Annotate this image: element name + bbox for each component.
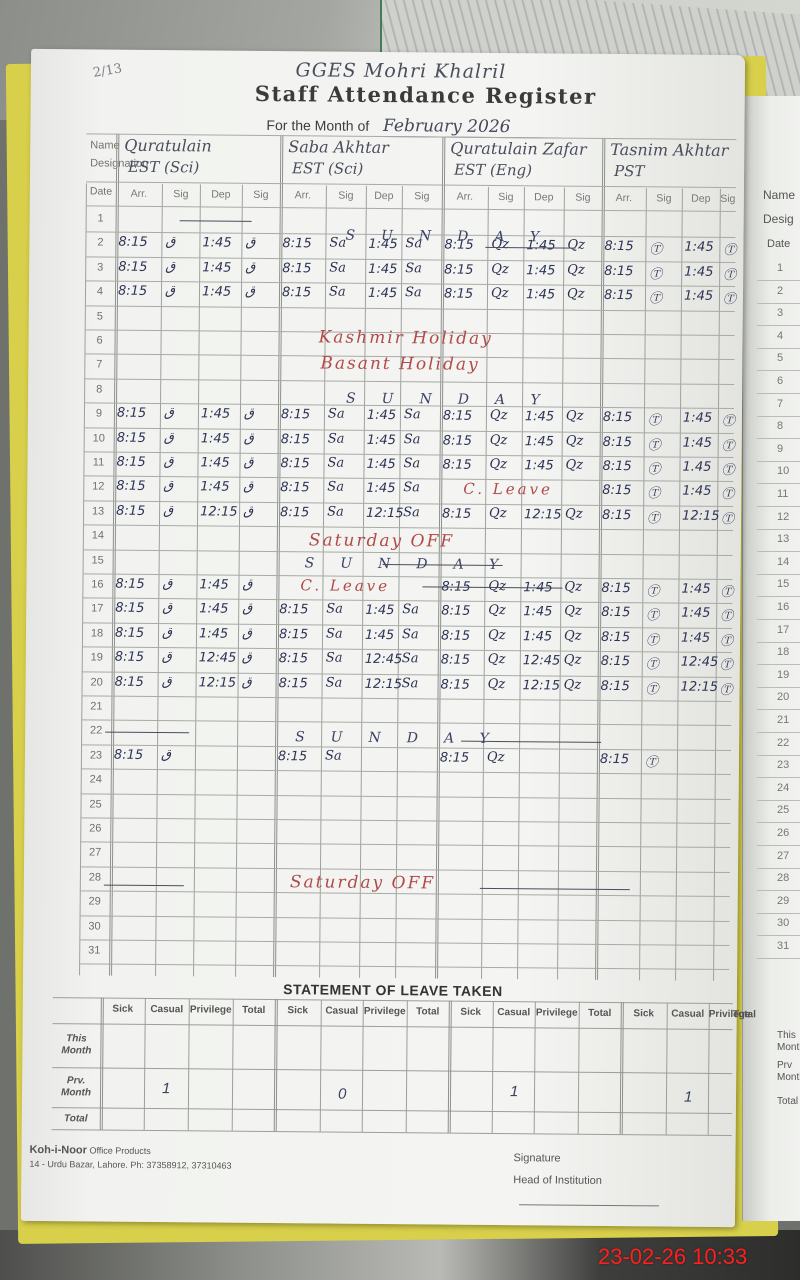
publisher-suffix: Office Products bbox=[89, 1145, 150, 1156]
departure-time: 12:15 bbox=[199, 675, 237, 690]
leave-column-total: Total bbox=[233, 1005, 275, 1016]
saturday-off-note: Saturday OFF bbox=[290, 872, 435, 893]
arrival-time: 8:15 bbox=[601, 678, 630, 693]
departure-time: 12:15 bbox=[681, 679, 719, 694]
right-page-date-number: 16 bbox=[777, 601, 789, 613]
arrival-time: 8:15 bbox=[601, 630, 630, 645]
date-number: 2 bbox=[85, 237, 115, 249]
arrival-signature: Sa bbox=[326, 651, 343, 666]
leave-column-sick: Sick bbox=[275, 1005, 321, 1016]
departure-time: 1:45 bbox=[365, 628, 394, 643]
right-page-row-line bbox=[757, 280, 800, 281]
arrival-time: 8:15 bbox=[441, 653, 470, 668]
date-number: 6 bbox=[85, 334, 115, 346]
departure-time: 1:45 bbox=[523, 629, 552, 644]
arrival-signature: Qz bbox=[489, 457, 507, 472]
departure-signature: ق bbox=[242, 650, 252, 665]
right-page-row-line bbox=[757, 348, 800, 349]
leave-row-total: Total bbox=[52, 1113, 100, 1125]
arrival-signature: Sa bbox=[325, 748, 342, 763]
arrival-signature: Qz bbox=[488, 652, 506, 667]
leave-column-casual: Casual bbox=[145, 1004, 189, 1015]
right-page-date-number: 31 bbox=[777, 940, 789, 952]
arrival-signature: Sa bbox=[326, 626, 343, 641]
departure-signature: Qz bbox=[564, 628, 582, 643]
departure-time: 1:45 bbox=[366, 457, 395, 472]
right-page-date-number: 22 bbox=[777, 737, 789, 749]
departure-signature: Sa bbox=[405, 261, 422, 276]
right-page-row-line bbox=[757, 461, 800, 462]
departure-time: 12:15 bbox=[200, 504, 238, 519]
departure-time: 1:45 bbox=[199, 577, 228, 592]
leave-column-line bbox=[188, 998, 190, 1130]
departure-time: 12:45 bbox=[365, 652, 403, 667]
right-page-date-number: 5 bbox=[777, 352, 783, 364]
departure-signature: Ⓣ bbox=[720, 654, 733, 673]
right-page-date-number: 15 bbox=[777, 578, 789, 590]
departure-time: 1:45 bbox=[200, 480, 229, 495]
arrival-time: 8:15 bbox=[280, 456, 309, 471]
right-page-date-number: 3 bbox=[777, 307, 783, 319]
arrival-time: 8:15 bbox=[118, 235, 147, 250]
right-page-row-line bbox=[757, 325, 800, 326]
arrival-signature: ق bbox=[161, 747, 171, 762]
blank-dash-mark bbox=[104, 884, 184, 886]
grid-row-line bbox=[84, 378, 734, 385]
arrival-signature: ق bbox=[165, 234, 175, 249]
departure-time: 1:45 bbox=[200, 455, 229, 470]
photo-timestamp: 23-02-26 10:33 bbox=[598, 1244, 747, 1270]
departure-time: 1:45 bbox=[201, 431, 230, 446]
departure-signature: Sa bbox=[404, 407, 421, 422]
right-page-date-number: 26 bbox=[777, 827, 789, 839]
departure-signature: ق bbox=[244, 406, 254, 421]
column-header-sig: Sig bbox=[326, 189, 366, 201]
arrival-signature: Qz bbox=[488, 677, 506, 692]
departure-time: 12:45 bbox=[199, 651, 237, 666]
arrival-time: 8:15 bbox=[116, 455, 145, 470]
leave-column-casual: Casual bbox=[667, 1008, 709, 1019]
departure-time: 1:45 bbox=[368, 286, 397, 301]
column-header-sig: Sig bbox=[402, 190, 442, 202]
arrival-time: 8:15 bbox=[443, 433, 472, 448]
grid-row-line bbox=[80, 866, 730, 873]
arrival-signature: Sa bbox=[327, 456, 344, 471]
column-header-sig: Sig bbox=[488, 191, 524, 203]
departure-time: 1:45 bbox=[202, 236, 231, 251]
arrival-time: 8:15 bbox=[114, 747, 143, 762]
right-page-row-line bbox=[757, 642, 800, 643]
right-page-row-line bbox=[757, 777, 800, 778]
arrival-signature: ق bbox=[165, 259, 175, 274]
departure-signature: Ⓣ bbox=[720, 630, 733, 649]
leave-column-line bbox=[492, 1001, 494, 1133]
departure-time: 1:45 bbox=[681, 630, 710, 645]
arrival-signature: ق bbox=[164, 405, 174, 420]
departure-signature: Qz bbox=[565, 458, 583, 473]
arrival-time: 8:15 bbox=[282, 236, 311, 251]
arrival-signature: Sa bbox=[329, 236, 346, 251]
grid-row-line bbox=[81, 695, 731, 702]
right-page-row-line bbox=[757, 619, 800, 620]
departure-signature: Ⓣ bbox=[721, 483, 734, 502]
arrival-time: 8:15 bbox=[441, 677, 470, 692]
leave-column-privilege: Privilege bbox=[535, 1007, 579, 1018]
date-number: 18 bbox=[82, 627, 112, 639]
departure-signature: ق bbox=[242, 626, 252, 641]
leave-column-privilege: Privilege bbox=[709, 1009, 733, 1020]
departure-signature: Sa bbox=[403, 481, 420, 496]
grid-row-line bbox=[81, 720, 731, 727]
right-page-row-line bbox=[757, 574, 800, 575]
column-header-dep: Dep bbox=[366, 190, 402, 202]
arrival-signature: Ⓣ bbox=[646, 629, 659, 648]
sunday-note: SUNDAY bbox=[345, 228, 565, 246]
departure-time: 1:45 bbox=[525, 434, 554, 449]
column-header-sig: Sig bbox=[646, 192, 682, 204]
grid-header-line bbox=[86, 205, 736, 212]
right-page-date-number: 19 bbox=[777, 669, 789, 681]
right-page-date-number: 21 bbox=[777, 714, 789, 726]
head-of-institution-label: Head of Institution bbox=[513, 1174, 602, 1187]
arrival-time: 8:15 bbox=[279, 676, 308, 691]
grid-row-line bbox=[79, 964, 729, 971]
date-number: 31 bbox=[79, 944, 109, 956]
departure-signature: Qz bbox=[566, 409, 584, 424]
departure-time: 1:45 bbox=[684, 240, 713, 255]
right-page-row-line bbox=[757, 438, 800, 439]
departure-signature: Ⓣ bbox=[721, 459, 734, 478]
date-number: 1 bbox=[86, 212, 116, 224]
departure-signature: Ⓣ bbox=[722, 410, 735, 429]
leave-column-sick: Sick bbox=[621, 1008, 667, 1019]
arrival-signature: Sa bbox=[327, 504, 344, 519]
right-page-total: Total bbox=[777, 1096, 798, 1107]
arrival-time: 8:15 bbox=[601, 654, 630, 669]
departure-signature: Qz bbox=[564, 580, 582, 595]
saturday-off-note: Saturday OFF bbox=[309, 531, 454, 552]
arrival-time: 8:15 bbox=[281, 407, 310, 422]
arrival-signature: Ⓣ bbox=[647, 483, 660, 502]
next-page-edge: Name Desig Date 123456789101112131415161… bbox=[742, 96, 800, 1221]
date-number: 19 bbox=[82, 652, 112, 664]
register-page: 2/13 GGES Mohri Khalril Staff Attendance… bbox=[21, 49, 745, 1227]
departure-time: 1:45 bbox=[202, 260, 231, 275]
departure-time: 1:45 bbox=[367, 408, 396, 423]
arrival-signature: Ⓣ bbox=[646, 653, 659, 672]
date-number: 14 bbox=[83, 530, 113, 542]
right-page-row-line bbox=[757, 596, 800, 597]
date-number: 25 bbox=[80, 798, 110, 810]
leave-column-line bbox=[274, 999, 278, 1131]
column-header-sig: Sig bbox=[162, 188, 200, 200]
prv-month-casual-value: 0 bbox=[338, 1086, 346, 1103]
arrival-time: 8:15 bbox=[278, 749, 307, 764]
date-number: 24 bbox=[81, 774, 111, 786]
right-page-row-line bbox=[757, 529, 800, 530]
right-page-date-number: 20 bbox=[777, 691, 789, 703]
blank-dash-mark bbox=[480, 888, 630, 890]
departure-signature: Sa bbox=[405, 285, 422, 300]
departure-time: 1:45 bbox=[526, 287, 555, 302]
leave-column-line bbox=[448, 1001, 452, 1133]
departure-time: 1:45 bbox=[366, 481, 395, 496]
date-number: 22 bbox=[81, 725, 111, 737]
arrival-time: 8:15 bbox=[115, 577, 144, 592]
date-number: 3 bbox=[85, 261, 115, 273]
grid-row-line bbox=[85, 305, 735, 312]
arrival-time: 8:15 bbox=[602, 508, 631, 523]
date-column-header: Date bbox=[90, 185, 112, 197]
right-page-row-line bbox=[757, 868, 800, 869]
departure-signature: ق bbox=[243, 455, 253, 470]
arrival-time: 8:15 bbox=[279, 651, 308, 666]
right-page-date-number: 25 bbox=[777, 804, 789, 816]
departure-time: 1.45 bbox=[682, 460, 711, 475]
arrival-signature: Qz bbox=[491, 262, 509, 277]
departure-signature: Qz bbox=[567, 262, 585, 277]
departure-signature: Sa bbox=[402, 676, 419, 691]
month-label: For the Month of bbox=[266, 117, 369, 134]
page-corner-mark: 2/13 bbox=[92, 61, 123, 81]
departure-time: 1:45 bbox=[682, 484, 711, 499]
arrival-time: 8:15 bbox=[115, 601, 144, 616]
right-page-row-line bbox=[757, 303, 800, 304]
leave-column-line bbox=[100, 998, 104, 1130]
arrival-signature: Sa bbox=[326, 602, 343, 617]
arrival-signature: ق bbox=[162, 625, 172, 640]
departure-time: 12:15 bbox=[366, 506, 404, 521]
staff-designation: EST (Sci) bbox=[128, 158, 199, 177]
departure-signature: Ⓣ bbox=[723, 239, 736, 258]
staff-name: Tasnim Akhtar bbox=[610, 140, 728, 160]
departure-signature: ق bbox=[245, 284, 255, 299]
arrival-time: 8:15 bbox=[604, 264, 633, 279]
column-header-sig: Sig bbox=[242, 189, 280, 201]
departure-time: 1:45 bbox=[681, 606, 710, 621]
arrival-time: 8:15 bbox=[115, 650, 144, 665]
right-page-date-number: 1 bbox=[777, 262, 783, 274]
arrival-signature: Ⓣ bbox=[649, 287, 662, 306]
school-name: GGES Mohri Khalril bbox=[271, 59, 531, 83]
right-page-date-number: 13 bbox=[777, 533, 789, 545]
arrival-time: 8:15 bbox=[116, 479, 145, 494]
departure-signature: Qz bbox=[564, 604, 582, 619]
departure-time: 1:45 bbox=[684, 264, 713, 279]
leave-column-total: Total bbox=[733, 1009, 756, 1020]
arrival-time: 8:15 bbox=[117, 430, 146, 445]
departure-signature: Sa bbox=[403, 456, 420, 471]
departure-signature: Qz bbox=[564, 653, 582, 668]
grid-row-line bbox=[81, 793, 731, 800]
grid-row-line bbox=[79, 939, 729, 946]
staff-designation: EST (Sci) bbox=[292, 159, 363, 178]
leave-column-line bbox=[666, 1002, 668, 1134]
arrival-signature: ق bbox=[163, 478, 173, 493]
departure-signature: Ⓣ bbox=[720, 605, 733, 624]
date-number: 4 bbox=[85, 286, 115, 298]
arrival-time: 8:15 bbox=[115, 625, 144, 640]
departure-signature: ق bbox=[243, 504, 253, 519]
right-page-row-line bbox=[757, 958, 800, 959]
arrival-signature: Sa bbox=[329, 260, 346, 275]
right-page-date-number: 8 bbox=[777, 420, 783, 432]
right-page-row-line bbox=[757, 913, 800, 914]
arrival-signature: Qz bbox=[489, 506, 507, 521]
arrival-signature: Ⓣ bbox=[648, 434, 661, 453]
departure-signature: ق bbox=[242, 601, 252, 616]
departure-time: 1:45 bbox=[365, 603, 394, 618]
departure-signature: Sa bbox=[402, 627, 419, 642]
date-number: 5 bbox=[85, 310, 115, 322]
prv-month-casual-value: 1 bbox=[684, 1089, 692, 1106]
right-page-row-line bbox=[757, 755, 800, 756]
leave-column-total: Total bbox=[579, 1008, 621, 1019]
date-number: 30 bbox=[79, 920, 109, 932]
casual-leave-note: C. Leave bbox=[300, 576, 390, 595]
departure-time: 12:15 bbox=[523, 678, 561, 693]
departure-time: 12:15 bbox=[365, 676, 403, 691]
arrival-signature: ق bbox=[162, 600, 172, 615]
arrival-signature: Qz bbox=[490, 408, 508, 423]
staff-name: Quratulain Zafar bbox=[450, 139, 586, 159]
sunday-note: SUNDAY bbox=[346, 390, 566, 408]
blank-dash-mark bbox=[105, 732, 189, 734]
arrival-time: 8:15 bbox=[444, 287, 473, 302]
casual-leave-note: C. Leave bbox=[463, 480, 553, 499]
grid-row-line bbox=[80, 817, 730, 824]
right-page-date-number: 6 bbox=[777, 375, 783, 387]
prv-month-casual-value: 1 bbox=[510, 1083, 518, 1100]
arrival-time: 8:15 bbox=[279, 602, 308, 617]
prv-month-casual-value: 1 bbox=[162, 1080, 170, 1097]
right-page-date-number: 4 bbox=[777, 330, 783, 342]
signature-line bbox=[519, 1204, 659, 1206]
right-page-row-line bbox=[757, 664, 800, 665]
departure-time: 1:45 bbox=[199, 626, 228, 641]
arrival-signature: Ⓣ bbox=[645, 678, 658, 697]
departure-signature: Qz bbox=[567, 238, 585, 253]
staff-name: Saba Akhtar bbox=[288, 137, 389, 157]
arrival-time: 8:15 bbox=[117, 406, 146, 421]
arrival-signature: ق bbox=[162, 674, 172, 689]
right-page-date-number: 30 bbox=[777, 917, 789, 929]
departure-signature: ق bbox=[244, 430, 254, 445]
right-page-date-number: 23 bbox=[777, 759, 789, 771]
departure-time: 1:45 bbox=[681, 582, 710, 597]
right-page-row-line bbox=[757, 551, 800, 552]
right-page-row-line bbox=[757, 370, 800, 371]
arrival-signature: ق bbox=[163, 503, 173, 518]
leave-column-line bbox=[578, 1002, 580, 1134]
leave-column-total: Total bbox=[407, 1006, 449, 1017]
arrival-signature: ق bbox=[164, 430, 174, 445]
departure-time: 1:45 bbox=[525, 409, 554, 424]
arrival-time: 8:15 bbox=[602, 459, 631, 474]
arrival-signature: Ⓣ bbox=[646, 605, 659, 624]
date-number: 20 bbox=[82, 676, 112, 688]
departure-signature: ق bbox=[245, 235, 255, 250]
register-title: Staff Attendance Register bbox=[241, 81, 611, 109]
right-page-date-number: 29 bbox=[777, 895, 789, 907]
arrival-time: 8:15 bbox=[603, 410, 632, 425]
right-page-row-line bbox=[757, 506, 800, 507]
date-number: 26 bbox=[80, 822, 110, 834]
right-page-date-number: 10 bbox=[777, 465, 789, 477]
departure-signature: Qz bbox=[564, 677, 582, 692]
right-page-row-line bbox=[757, 416, 800, 417]
right-page-name-label: Name bbox=[763, 188, 795, 202]
arrival-signature: Qz bbox=[487, 750, 505, 765]
grid-column-line bbox=[395, 186, 403, 978]
publisher-address: 14 - Urdu Bazar, Lahore. Ph: 37358912, 3… bbox=[29, 1159, 231, 1171]
arrival-time: 8:15 bbox=[600, 752, 629, 767]
leave-column-privilege: Privilege bbox=[363, 1006, 407, 1017]
publisher-info: Koh-i-Noor Office Products 14 - Urdu Baz… bbox=[29, 1143, 231, 1173]
departure-signature: Ⓣ bbox=[723, 264, 736, 283]
basant-note: Basant Holiday bbox=[320, 354, 479, 375]
arrival-signature: Sa bbox=[326, 675, 343, 690]
leave-column-casual: Casual bbox=[493, 1007, 535, 1018]
arrival-signature: Ⓣ bbox=[649, 239, 662, 258]
arrival-time: 8:15 bbox=[604, 239, 633, 254]
leave-column-line bbox=[144, 998, 146, 1130]
date-number: 13 bbox=[83, 505, 113, 517]
departure-time: 1:45 bbox=[526, 263, 555, 278]
grid-row-line bbox=[80, 915, 730, 922]
date-number: 15 bbox=[83, 554, 113, 566]
column-header-sig: Sig bbox=[564, 192, 602, 204]
month-value: February 2026 bbox=[383, 116, 561, 139]
date-number: 16 bbox=[82, 578, 112, 590]
column-header-dep: Dep bbox=[524, 191, 564, 203]
leave-row-prv-month: Prv. Month bbox=[52, 1075, 100, 1099]
departure-signature: Ⓣ bbox=[721, 508, 734, 527]
departure-signature: ق bbox=[245, 260, 255, 275]
date-number: 11 bbox=[83, 456, 113, 468]
grid-row-line bbox=[80, 842, 730, 849]
arrival-signature: ق bbox=[162, 649, 172, 664]
arrival-time: 8:15 bbox=[604, 288, 633, 303]
arrival-signature: Sa bbox=[328, 431, 345, 446]
leave-row-line bbox=[53, 1023, 733, 1030]
departure-signature: Ⓣ bbox=[723, 288, 736, 307]
attendance-grid: Name Designation Date Arr.SigDepSigQurat… bbox=[79, 133, 736, 981]
departure-time: 12:15 bbox=[682, 508, 720, 523]
departure-signature: ق bbox=[242, 674, 252, 689]
departure-time: 12:45 bbox=[681, 655, 719, 670]
right-page-row-line bbox=[757, 845, 800, 846]
date-number: 21 bbox=[81, 700, 111, 712]
departure-time: 1:45 bbox=[524, 458, 553, 473]
leave-column-line bbox=[620, 1002, 624, 1134]
arrival-time: 8:15 bbox=[280, 505, 309, 520]
leave-column-sick: Sick bbox=[449, 1007, 493, 1018]
arrival-signature: Qz bbox=[488, 628, 506, 643]
departure-signature: Qz bbox=[567, 287, 585, 302]
arrival-signature: Ⓣ bbox=[649, 263, 662, 282]
departure-signature: Ⓣ bbox=[722, 435, 735, 454]
arrival-time: 8:15 bbox=[280, 480, 309, 495]
right-page-row-line bbox=[757, 709, 800, 710]
right-page-date-number: 17 bbox=[777, 624, 789, 636]
column-header-arr: Arr. bbox=[442, 190, 488, 202]
arrival-time: 8:15 bbox=[118, 284, 147, 299]
right-page-row-line bbox=[757, 935, 800, 936]
right-page-row-line bbox=[757, 393, 800, 394]
arrival-time: 8:15 bbox=[116, 503, 145, 518]
arrival-time: 8:15 bbox=[281, 432, 310, 447]
